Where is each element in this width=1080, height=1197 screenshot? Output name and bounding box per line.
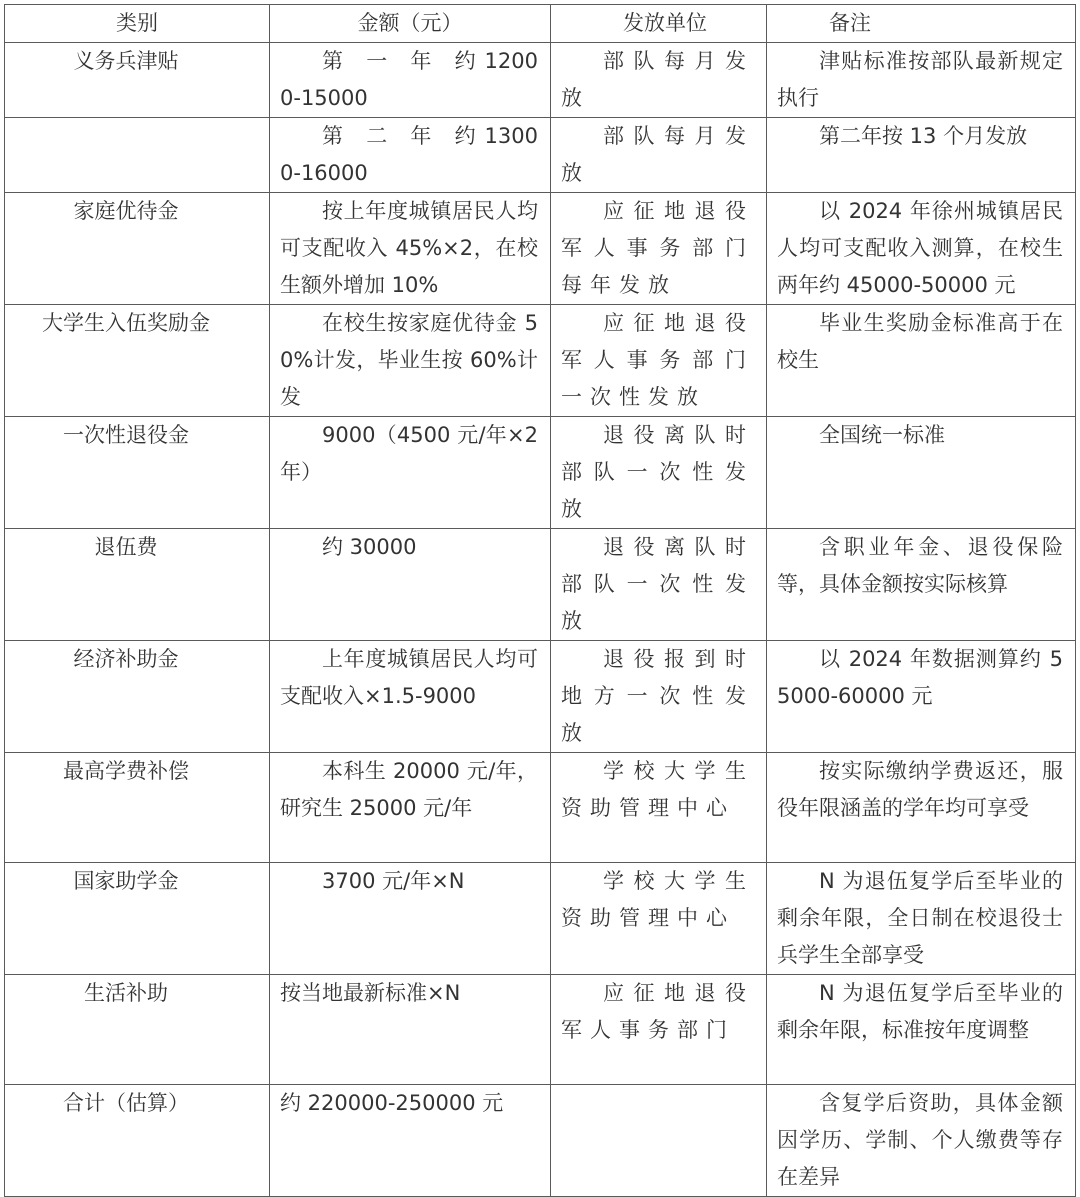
cell-amount: 按当地最新标准×N bbox=[270, 975, 551, 1085]
table-row: 家庭优待金 按上年度城镇居民人均可支配收入 45%×2，在校生额外增加 10% … bbox=[5, 193, 1076, 305]
cell-amount: 3700 元/年×N bbox=[270, 863, 551, 975]
table-row: 国家助学金 3700 元/年×N 学校大学生资助管理中心 N 为退伍复学后至毕业… bbox=[5, 863, 1076, 975]
cell-category: 合计（估算） bbox=[5, 1085, 270, 1114]
cell-issuer: 学校大学生资助管理中心 bbox=[551, 863, 767, 975]
table-row: 最高学费补偿 本科生 20000 元/年，研究生 25000 元/年 学校大学生… bbox=[5, 753, 1076, 863]
cell-issuer bbox=[551, 1085, 767, 1114]
cell-amount: 约 30000 bbox=[270, 529, 551, 641]
header-category: 类别 bbox=[5, 5, 270, 43]
benefits-table: 类别 金额（元） 发放单位 备注 义务兵津贴 第 一 年 约 12000-150… bbox=[4, 4, 1076, 1113]
cell-issuer: 部队每月发放 bbox=[551, 118, 767, 193]
cell-category: 退伍费 bbox=[5, 529, 270, 641]
cell-category: 最高学费补偿 bbox=[5, 753, 270, 863]
cell-issuer: 退役报到时地方一次性发放 bbox=[551, 641, 767, 753]
cell-issuer: 学校大学生资助管理中心 bbox=[551, 753, 767, 863]
table-row: 退伍费 约 30000 退役离队时部队一次性发放 含职业年金、退役保险等，具体金… bbox=[5, 529, 1076, 641]
cell-note: 毕业生奖励金标准高于在校生 bbox=[767, 305, 1076, 417]
cell-note: 含复学后资助，具体金额因学历、学制、个人缴费等存在差异 bbox=[767, 1085, 1076, 1114]
cell-note: 津贴标准按部队最新规定执行 bbox=[767, 43, 1076, 118]
cell-amount: 第 一 年 约 12000-15000 bbox=[270, 43, 551, 118]
cell-amount: 在校生按家庭优待金 50%计发，毕业生按 60%计发 bbox=[270, 305, 551, 417]
cell-category: 经济补助金 bbox=[5, 641, 270, 753]
cell-note: 以 2024 年徐州城镇居民人均可支配收入测算，在校生两年约 45000-500… bbox=[767, 193, 1076, 305]
table-row: 经济补助金 上年度城镇居民人均可支配收入×1.5-9000 退役报到时地方一次性… bbox=[5, 641, 1076, 753]
cell-issuer: 退役离队时部队一次性发放 bbox=[551, 529, 767, 641]
benefits-document: 类别 金额（元） 发放单位 备注 义务兵津贴 第 一 年 约 12000-150… bbox=[4, 4, 1076, 1113]
cell-category: 一次性退役金 bbox=[5, 417, 270, 529]
cell-issuer: 应征地退役军人事务部门一次性发放 bbox=[551, 305, 767, 417]
cell-issuer: 应征地退役军人事务部门每年发放 bbox=[551, 193, 767, 305]
table-header-row: 类别 金额（元） 发放单位 备注 bbox=[5, 5, 1076, 43]
table-row: 第 二 年 约 13000-16000 部队每月发放 第二年按 13 个月发放 bbox=[5, 118, 1076, 193]
cell-amount: 本科生 20000 元/年，研究生 25000 元/年 bbox=[270, 753, 551, 863]
cell-issuer: 应征地退役军人事务部门 bbox=[551, 975, 767, 1085]
cell-amount: 9000（4500 元/年×2 年） bbox=[270, 417, 551, 529]
header-amount: 金额（元） bbox=[270, 5, 551, 43]
table-row: 一次性退役金 9000（4500 元/年×2 年） 退役离队时部队一次性发放 全… bbox=[5, 417, 1076, 529]
cell-category: 义务兵津贴 bbox=[5, 43, 270, 118]
cell-category: 大学生入伍奖励金 bbox=[5, 305, 270, 417]
cell-category: 国家助学金 bbox=[5, 863, 270, 975]
cell-category: 家庭优待金 bbox=[5, 193, 270, 305]
cell-issuer: 部队每月发放 bbox=[551, 43, 767, 118]
cell-note: 含职业年金、退役保险等，具体金额按实际核算 bbox=[767, 529, 1076, 641]
cell-note: 全国统一标准 bbox=[767, 417, 1076, 529]
cell-note: N 为退伍复学后至毕业的剩余年限，全日制在校退役士兵学生全部享受 bbox=[767, 863, 1076, 975]
table-row: 大学生入伍奖励金 在校生按家庭优待金 50%计发，毕业生按 60%计发 应征地退… bbox=[5, 305, 1076, 417]
table-row-total: 合计（估算） 约 220000-250000 元 含复学后资助，具体金额因学历、… bbox=[5, 1085, 1076, 1114]
cell-amount: 第 二 年 约 13000-16000 bbox=[270, 118, 551, 193]
cell-amount: 上年度城镇居民人均可支配收入×1.5-9000 bbox=[270, 641, 551, 753]
header-note: 备注 bbox=[767, 5, 1076, 43]
cell-note: N 为退伍复学后至毕业的剩余年限，标准按年度调整 bbox=[767, 975, 1076, 1085]
table-row: 生活补助 按当地最新标准×N 应征地退役军人事务部门 N 为退伍复学后至毕业的剩… bbox=[5, 975, 1076, 1085]
cell-note: 按实际缴纳学费返还，服役年限涵盖的学年均可享受 bbox=[767, 753, 1076, 863]
cell-issuer: 退役离队时部队一次性发放 bbox=[551, 417, 767, 529]
cell-amount: 约 220000-250000 元 bbox=[270, 1085, 551, 1114]
cell-note: 以 2024 年数据测算约 55000-60000 元 bbox=[767, 641, 1076, 753]
header-issuer: 发放单位 bbox=[551, 5, 767, 43]
table-row: 义务兵津贴 第 一 年 约 12000-15000 部队每月发放 津贴标准按部队… bbox=[5, 43, 1076, 118]
cell-amount: 按上年度城镇居民人均可支配收入 45%×2，在校生额外增加 10% bbox=[270, 193, 551, 305]
cell-category bbox=[5, 118, 270, 193]
cell-note: 第二年按 13 个月发放 bbox=[767, 118, 1076, 193]
cell-category: 生活补助 bbox=[5, 975, 270, 1085]
